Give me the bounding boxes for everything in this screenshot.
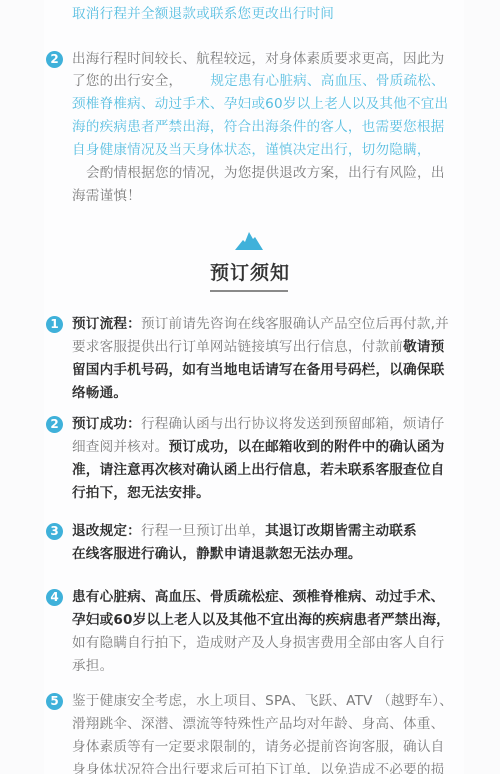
- list-item-line: 预订流程：预订前请先咨询在线客服确认产品空位后再付款,并: [72, 313, 449, 335]
- list-item-line: 留国内手机号码，如有当地电话请写在备用号码栏，以确保联: [72, 359, 444, 381]
- list-item-text: 预订流程：: [72, 316, 141, 332]
- list-item-text: 行程一旦预订出单，: [141, 523, 265, 539]
- list-item-text: 络畅通。: [72, 385, 127, 401]
- list-item-line: 预订成功：行程确认函与出行协议将发送到预留邮箱，烦请仔: [72, 413, 444, 435]
- notice-line: 会酌情根据您的情况，为您提供退改方案，出行有风险，出: [86, 162, 445, 184]
- list-item-text: 留国内手机号码，如有当地电话请写在备用号码栏，以确保联: [72, 362, 444, 378]
- section-title: 预订须知: [0, 258, 500, 285]
- list-item-text: 预订成功，以在邮箱收到的附件中的确认函为: [169, 439, 445, 455]
- list-item-text: 要求客服提供出行订单网站链接填写出行信息，付款前: [72, 339, 403, 355]
- notice-line: 海的疾病患者严禁出海，符合出海条件的客人，也需要您根据: [72, 116, 444, 138]
- top-note-line: 取消行程并全额退款或联系您更改出行时间: [72, 3, 334, 25]
- number-badge-icon: 3: [46, 523, 63, 540]
- notice-text-highlight: 规定患有心脏病、高血压、骨质疏松、: [182, 73, 445, 89]
- list-item-text: 在线客服进行确认，静默申请退款恕无法办理。: [72, 546, 362, 562]
- number-badge-icon: 5: [46, 693, 63, 710]
- number-badge-icon: 2: [46, 416, 63, 433]
- list-item-line: 在线客服进行确认，静默申请退款恕无法办理。: [72, 543, 362, 565]
- list-item-text: 如有隐瞒自行拍下，造成财产及人身损害费用全部由客人自行: [72, 635, 444, 651]
- list-item-line: 鉴于健康安全考虑，水上项目、SPA、飞跃、ATV （越野车）、: [72, 690, 453, 712]
- list-item-line: 行拍下，恕无法安排。: [72, 482, 210, 504]
- list-item-line: 滑翔跳伞、深潜、漂流等特殊性产品均对年龄、身高、体重、: [72, 713, 444, 735]
- notice-line: 出海行程时间较长、航程较远，对身体素质要求更高，因此为: [72, 48, 444, 70]
- number-badge-icon: 1: [46, 316, 63, 333]
- list-item-line: 要求客服提供出行订单网站链接填写出行信息，付款前敬请预: [72, 336, 444, 358]
- notice-line: 了您的出行安全，规定患有心脏病、高血压、骨质疏松、: [72, 70, 445, 92]
- list-item-text: 退改规定：: [72, 523, 141, 539]
- list-item-line: 身身体状况符合出行要求后可拍下订单，以免造成不必要的损: [72, 759, 444, 774]
- list-item-text: 行拍下，恕无法安排。: [72, 485, 210, 501]
- list-item-text: 预订前请先咨询在线客服确认产品空位后再付款,并: [141, 316, 449, 332]
- list-item-text: 其退订改期皆需主动联系: [265, 523, 417, 539]
- list-item-text: 敬请预: [403, 339, 444, 355]
- notice-line: 颈椎脊椎病、动过手术、孕妇或60岁以上老人以及其他不宜出: [72, 93, 448, 115]
- notice-line: 海需谨慎！: [72, 185, 141, 207]
- list-item-line: 如有隐瞒自行拍下，造成财产及人身损害费用全部由客人自行: [72, 632, 444, 654]
- list-item-line: 身体素质等有一定要求限制的，请务必提前咨询客服，确认自: [72, 736, 444, 758]
- list-item-line: 退改规定：行程一旦预订出单，其退订改期皆需主动联系: [72, 520, 417, 542]
- list-item-line: 患有心脏病、高血压、骨质疏松症、颈椎脊椎病、动过手术、: [72, 586, 444, 608]
- list-item-text: 滑翔跳伞、深潜、漂流等特殊性产品均对年龄、身高、体重、: [72, 716, 444, 732]
- list-item-text: 细查阅并核对。: [72, 439, 169, 455]
- notice-line: 自身健康情况及当天身体状态，谨慎决定出行，切勿隐瞒，: [72, 139, 431, 161]
- list-item-text: 鉴于健康安全考虑，水上项目、SPA、飞跃、ATV （越野车）、: [72, 693, 453, 709]
- list-item-text: 准，请注意再次核对确认函上出行信息，若未联系客服查位自: [72, 462, 444, 478]
- list-item-text: 预订成功：: [72, 416, 141, 432]
- mountain-icon: [234, 231, 264, 251]
- number-badge-icon: 2: [46, 51, 63, 68]
- title-underline: [210, 290, 288, 292]
- list-item-text: 身身体状况符合出行要求后可拍下订单，以免造成不必要的损: [72, 762, 444, 774]
- list-item-line: 孕妇或60岁以上老人以及其他不宜出海的疾病患者严禁出海，: [72, 609, 450, 631]
- list-item-line: 细查阅并核对。预订成功，以在邮箱收到的附件中的确认函为: [72, 436, 444, 458]
- list-item-text: 身体素质等有一定要求限制的，请务必提前咨询客服，确认自: [72, 739, 444, 755]
- number-badge-icon: 4: [46, 589, 63, 606]
- list-item-line: 承担。: [72, 655, 113, 677]
- list-item-line: 络畅通。: [72, 382, 127, 404]
- list-item-line: 准，请注意再次核对确认函上出行信息，若未联系客服查位自: [72, 459, 444, 481]
- notice-text: 了您的出行安全，: [72, 73, 182, 89]
- list-item-text: 承担。: [72, 658, 113, 674]
- list-item-text: 孕妇或60岁以上老人以及其他不宜出海的疾病患者严禁出海，: [72, 612, 450, 628]
- list-item-text: 行程确认函与出行协议将发送到预留邮箱，烦请仔: [141, 416, 444, 432]
- list-item-text: 患有心脏病、高血压、骨质疏松症、颈椎脊椎病、动过手术、: [72, 589, 444, 605]
